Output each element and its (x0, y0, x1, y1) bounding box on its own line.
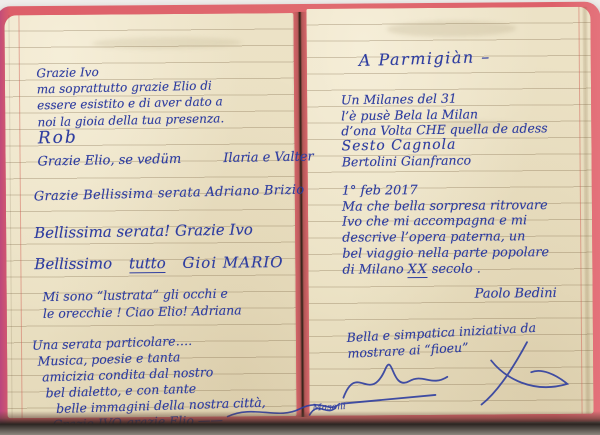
notebook: Grazie Ivo ma soprattutto grazie Elio di… (0, 2, 600, 427)
handwritten-line: descrive l’opera paterna, un (342, 229, 556, 246)
page-heading: A Parmigiàn – (359, 47, 491, 70)
guestbook-entry: Grazie Elio, se vedüm Ilaria e Valter (37, 149, 313, 169)
handwritten-line: Grazie Elio, se vedüm (37, 152, 181, 170)
handwritten-line: Grazie Bellissima serata Adriano Brizio (34, 183, 305, 205)
guestbook-entry: Bellissimo tutto Gioi MARIO (34, 253, 283, 273)
handwritten-line: bel viaggio nella parte popolare (342, 245, 556, 262)
entry-date: 1° feb 2017 (342, 182, 556, 199)
guestbook-entry: Grazie Bellissima serata Adriano Brizio (34, 183, 305, 205)
guestbook-entry: Un Milanes del 31 l’è pusè Bela la Milan… (341, 89, 548, 170)
handwritten-word: di Milano (342, 262, 403, 277)
notebook-photo: Grazie Ivo ma soprattutto grazie Elio di… (0, 0, 600, 435)
handwriting-layer: Grazie Ivo ma soprattutto grazie Elio di… (0, 2, 600, 427)
signature-scribble (471, 338, 574, 411)
handwritten-line: Ma che bella sorpresa ritrovare (342, 198, 556, 215)
underlined-word: XX (408, 262, 428, 278)
signature: Paolo Bedini (475, 286, 557, 302)
handwritten-line: le orecchie ! Ciao Elio! Adriana (43, 301, 242, 322)
signature: Bertolini Gianfranco (342, 152, 549, 171)
guestbook-entry: 1° feb 2017 Ma che bella sorpresa ritrov… (342, 182, 557, 304)
scan-shadow (0, 411, 600, 435)
handwritten-line: Bellissima serata! Grazie Ivo (34, 220, 253, 242)
signature: Rob (38, 126, 225, 146)
underlined-word: tutto (129, 254, 166, 273)
handwritten-word: Bellissimo (34, 254, 112, 273)
handwritten-word: secolo . (432, 261, 481, 276)
signature: Ilaria e Valter (223, 149, 314, 166)
guestbook-entry: Grazie Ivo ma soprattutto grazie Elio di… (36, 61, 224, 146)
guestbook-entry: Bellissima serata! Grazie Ivo (34, 220, 253, 242)
signature-scribble (339, 353, 451, 410)
signature: Gioi MARIO (182, 253, 283, 272)
handwritten-line: di MilanoXXsecolo . (342, 261, 556, 278)
handwritten-line: A Parmigiàn – (359, 47, 491, 70)
handwritten-line: Ivo che mi accompagna e mi (342, 213, 556, 230)
guestbook-entry: Mi sono “lustrata” gli occhi e le orecch… (42, 284, 241, 322)
